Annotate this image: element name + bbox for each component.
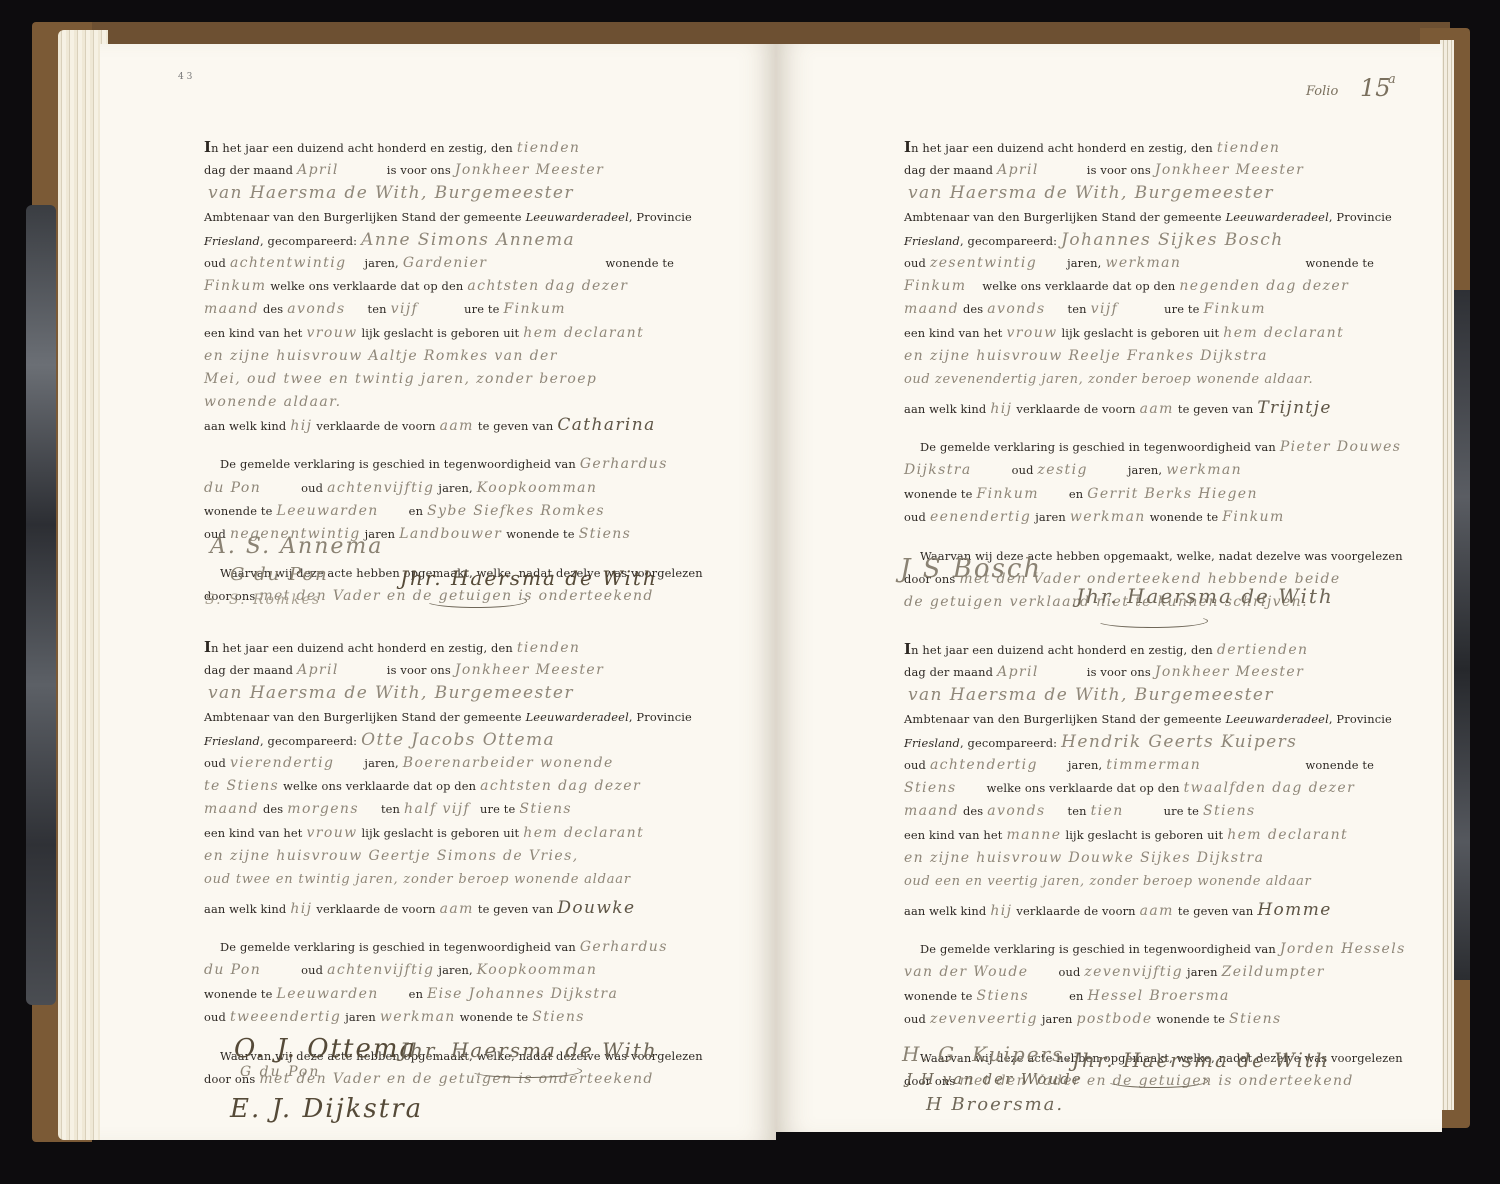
birthplace: Finkum — [504, 301, 566, 317]
signature-declarant: A. S. Annema — [210, 534, 383, 559]
printed-text: , gecompareerd: — [960, 736, 1057, 750]
printed-text: De gemelde verklaring is geschied in teg… — [220, 940, 576, 954]
marbled-endpaper-left — [26, 205, 56, 1005]
time-of-day: avonds — [987, 301, 1045, 317]
witness-1-age: achtenvijftig — [327, 480, 434, 496]
printed-text: jaren, — [364, 756, 398, 770]
birth-act-4: In het jaar een duizend acht honderd en … — [904, 638, 1374, 1093]
printed-text: verklaarde de voorn — [1016, 402, 1135, 416]
printed-date-line: n het jaar een duizend acht honderd en z… — [911, 643, 1213, 657]
printed-text: des — [963, 302, 983, 316]
handwritten-text: hij — [290, 901, 312, 917]
printed-text: , gecompareerd: — [960, 234, 1057, 248]
printed-text: ure te — [480, 802, 515, 816]
witness-1-residence: Leeuwarden — [277, 986, 379, 1002]
witness-1-occupation: Koopkoomman — [477, 962, 598, 978]
signature-witness-1: G du Pon — [240, 1064, 320, 1080]
printed-text: Ambtenaar van den Burgerlijken Stand der… — [204, 210, 522, 224]
act-day: tienden — [517, 140, 580, 156]
printed-text: wonende te — [460, 1010, 529, 1024]
child-sex: manne — [1006, 827, 1061, 843]
printed-text: , Provincie — [1329, 210, 1392, 224]
provincie-name: Friesland — [904, 736, 960, 750]
printed-text: De gemelde verklaring is geschied in teg… — [920, 942, 1276, 956]
birth-day: negenden dag dezer — [1179, 278, 1349, 294]
folio-number: 15 — [1360, 74, 1391, 102]
handwritten-text: maand — [204, 801, 259, 817]
signature-burgemeester: Jhr. Haersma de With — [400, 566, 658, 590]
witness-2-residence: Finkum — [1222, 509, 1284, 525]
printed-text: wonende te — [1306, 252, 1375, 275]
handwritten-text: hij — [990, 401, 1012, 417]
printed-text: aan welk kind — [904, 402, 986, 416]
witness-2-age: zevenveertig — [930, 1011, 1038, 1027]
handwritten-text: maand — [904, 301, 959, 317]
printed-text: oud — [301, 481, 323, 495]
signature-witness-2: S. S. Romkes — [205, 592, 321, 608]
witness-1-age: achtenvijftig — [327, 962, 434, 978]
witness-2-name: Eise Johannes Dijkstra — [427, 986, 618, 1002]
printed-text: Ambtenaar van den Burgerlijken Stand der… — [204, 710, 522, 724]
declarant-residence: Stiens — [904, 780, 957, 796]
declarant-occupation: Gardenier — [403, 255, 488, 271]
printed-text: jaren — [1035, 510, 1066, 524]
declarant-name: Hendrik Geerts Kuipers — [1061, 732, 1297, 752]
witness-2-occupation: postbode — [1076, 1011, 1152, 1027]
witness-2-age: tweeendertig — [230, 1009, 341, 1025]
printed-text: des — [263, 302, 283, 316]
printed-text: wonende te — [904, 487, 973, 501]
printed-text: jaren, — [1067, 256, 1101, 270]
printed-text: jaren, — [1128, 463, 1162, 477]
witness-2-occupation: werkman — [1070, 509, 1146, 525]
witness-2-age: eenendertig — [930, 509, 1031, 525]
signature-burgemeester: Jhr. Haersma de With — [1076, 584, 1334, 608]
witness-1-name: Dijkstra — [904, 462, 972, 478]
left-page: 4 3 In het jaar een duizend acht honderd… — [100, 44, 776, 1140]
printed-text: ure te — [464, 302, 499, 316]
printed-text: wonende te — [1157, 1012, 1226, 1026]
printed-text: welke ons verklaarde dat op den — [987, 781, 1180, 795]
act-month: April — [997, 162, 1039, 178]
birth-hour: vijf — [391, 301, 419, 317]
signature-witness-1: J H van der Woude — [906, 1070, 1082, 1088]
provincie-name: Friesland — [204, 734, 260, 748]
declarant-age: achtendertig — [930, 757, 1038, 773]
witness-1-residence: Leeuwarden — [277, 503, 379, 519]
official-title: Jonkheer Meester — [1155, 162, 1304, 178]
signature-flourish — [1096, 614, 1208, 628]
printed-text: jaren, — [438, 963, 472, 977]
signature-flourish — [1106, 1074, 1208, 1088]
printed-text: oud — [904, 1012, 926, 1026]
printed-text: is voor ons — [387, 163, 451, 177]
parents-text: Mei, oud twee en twintig jaren, zonder b… — [204, 371, 597, 387]
printed-text: te geven van — [1178, 904, 1253, 918]
printed-text: des — [963, 804, 983, 818]
handwritten-text: maand — [904, 803, 959, 819]
printed-text: oud — [904, 510, 926, 524]
witness-1-name: Jorden Hessels — [1280, 941, 1406, 957]
printed-text: is voor ons — [387, 663, 451, 677]
printed-text: aan welk kind — [204, 902, 286, 916]
printed-text: jaren — [345, 1010, 376, 1024]
printed-text: wonende te — [1150, 510, 1219, 524]
parents-text: wonende aldaar. — [204, 394, 342, 410]
printed-text: wonende te — [1306, 754, 1375, 777]
signature-burgemeester: Jhr. Haersma de With — [1072, 1048, 1330, 1072]
child-name: Douwke — [557, 898, 635, 918]
printed-text: , gecompareerd: — [260, 234, 357, 248]
official-title: Jonkheer Meester — [455, 662, 604, 678]
folio-suffix: a — [1388, 72, 1396, 87]
witness-2-residence: Stiens — [579, 526, 632, 542]
parents-text: hem declarant — [523, 825, 644, 841]
witness-1-age: zestig — [1038, 462, 1088, 478]
witness-2-residence: Stiens — [532, 1009, 585, 1025]
printed-text: De gemelde verklaring is geschied in teg… — [220, 457, 576, 471]
witness-1-name: du Pon — [204, 962, 261, 978]
printed-text: wonende te — [904, 989, 973, 1003]
parents-text: oud een en veertig jaren, zonder beroep … — [904, 874, 1311, 889]
printed-text: welke ons verklaarde dat op den — [283, 779, 476, 793]
witness-1-name: Pieter Douwes — [1280, 439, 1402, 455]
parents-text: oud zevenendertig jaren, zonder beroep w… — [904, 372, 1313, 387]
printed-text: lijk geslacht is geboren uit — [362, 826, 520, 840]
printed-text: jaren, — [438, 481, 472, 495]
official-title: Jonkheer Meester — [455, 162, 604, 178]
printed-text: Ambtenaar van den Burgerlijken Stand der… — [904, 210, 1222, 224]
printed-text: oud — [301, 963, 323, 977]
declarant-residence: Finkum — [904, 278, 966, 294]
act-day: tienden — [517, 640, 580, 656]
printed-date-line: n het jaar een duizend acht honderd en z… — [211, 641, 513, 655]
printed-text: oud — [204, 256, 226, 270]
printed-text: dag der maand — [204, 663, 293, 677]
printed-text: ten — [1068, 302, 1087, 316]
printed-text: wonende te — [506, 527, 575, 541]
birthplace: Finkum — [1204, 301, 1266, 317]
printed-text: , Provincie — [1329, 712, 1392, 726]
printed-text: verklaarde de voorn — [316, 419, 435, 433]
printed-text: te geven van — [1178, 402, 1253, 416]
act-day: tienden — [1217, 140, 1280, 156]
printed-text: ten — [381, 802, 400, 816]
parents-text: en zijne huisvrouw Geertje Simons de Vri… — [204, 848, 579, 864]
declarant-name: Anne Simons Annema — [361, 230, 575, 250]
printed-text: oud — [1058, 965, 1080, 979]
birth-hour: vijf — [1091, 301, 1119, 317]
child-name: Trijntje — [1257, 398, 1332, 418]
witness-2-name: Sybe Siefkes Romkes — [427, 503, 605, 519]
printed-text: is voor ons — [1087, 163, 1151, 177]
time-of-day: morgens — [287, 801, 359, 817]
declarant-occupation: timmerman — [1106, 757, 1201, 773]
child-sex: vrouw — [306, 325, 357, 341]
birth-day: achtsten dag dezer — [480, 778, 641, 794]
signature-witness-1: G du Pon — [230, 564, 329, 585]
printed-date-line: n het jaar een duizend acht honderd en z… — [911, 141, 1213, 155]
witness-1-occupation: werkman — [1166, 462, 1242, 478]
printed-text: , gecompareerd: — [260, 734, 357, 748]
printed-text: wonende te — [204, 987, 273, 1001]
official-name: van Haersma de With, Burgemeester — [208, 183, 574, 203]
witness-2-name: Gerrit Berks Hiegen — [1087, 486, 1258, 502]
birth-day: achtsten dag dezer — [467, 278, 628, 294]
witness-1-residence: Stiens — [977, 988, 1030, 1004]
printed-text: jaren, — [364, 256, 398, 270]
gemeente-name: Leeuwarderadeel — [1226, 712, 1329, 726]
printed-text: is voor ons — [1087, 665, 1151, 679]
witness-1-name: van der Woude — [904, 964, 1028, 980]
page-pencil-mark: 4 3 — [178, 72, 192, 82]
official-name: van Haersma de With, Burgemeester — [208, 683, 574, 703]
printed-text: oud — [904, 256, 926, 270]
printed-text: Ambtenaar van den Burgerlijken Stand der… — [904, 712, 1222, 726]
printed-text: en — [1069, 487, 1083, 501]
birthplace: Stiens — [519, 801, 572, 817]
folio-label: Folio — [1306, 84, 1338, 99]
printed-text: jaren — [1187, 965, 1218, 979]
birthplace: Stiens — [1203, 803, 1256, 819]
act-month: April — [997, 664, 1039, 680]
handwritten-text: aam — [1140, 903, 1174, 919]
official-name: van Haersma de With, Burgemeester — [908, 685, 1274, 705]
signature-declarant: J S Bosch — [900, 554, 1042, 584]
printed-text: lijk geslacht is geboren uit — [1065, 828, 1223, 842]
gemeente-name: Leeuwarderadeel — [526, 710, 629, 724]
printed-text: oud — [204, 756, 226, 770]
declarant-age: zesentwintig — [930, 255, 1037, 271]
witness-2-occupation: Landbouwer — [399, 526, 502, 542]
printed-text: een kind van het — [204, 326, 302, 340]
printed-text: een kind van het — [904, 326, 1002, 340]
act-day: dertienden — [1217, 642, 1309, 658]
handwritten-text: aam — [1140, 401, 1174, 417]
parents-text: hem declarant — [1227, 827, 1348, 843]
printed-text: te geven van — [478, 902, 553, 916]
provincie-name: Friesland — [904, 234, 960, 248]
birth-act-3: In het jaar een duizend acht honderd en … — [204, 636, 674, 1091]
declarant-occupation: Boerenarbeider wonende — [403, 755, 614, 771]
printed-text: dag der maand — [904, 163, 993, 177]
printed-text: en — [409, 987, 423, 1001]
printed-text: lijk geslacht is geboren uit — [1062, 326, 1220, 340]
printed-text: oud — [1012, 463, 1034, 477]
signature-burgemeester: Jhr. Haersma de With — [400, 1038, 658, 1062]
printed-text: aan welk kind — [204, 419, 286, 433]
witness-1-residence: Finkum — [977, 486, 1039, 502]
witness-2-residence: Stiens — [1229, 1011, 1282, 1027]
declarant-residence: te Stiens — [204, 778, 279, 794]
witness-1-age: zevenvijftig — [1084, 964, 1183, 980]
printed-text: jaren, — [1068, 758, 1102, 772]
signature-declarant: O. J. Ottema — [234, 1034, 417, 1064]
gemeente-name: Leeuwarderadeel — [1226, 210, 1329, 224]
printed-text: welke ons verklaarde dat op den — [270, 279, 463, 293]
official-title: Jonkheer Meester — [1155, 664, 1304, 680]
child-sex: vrouw — [1006, 325, 1057, 341]
printed-text: wonende te — [204, 504, 273, 518]
printed-text: verklaarde de voorn — [316, 902, 435, 916]
signature-declarant: H. G. Kuipers. — [902, 1042, 1073, 1066]
witness-1-name: Gerhardus — [580, 456, 668, 472]
parents-text: en zijne huisvrouw Aaltje Romkes van der — [204, 348, 558, 364]
printed-text: oud — [904, 758, 926, 772]
printed-text: ten — [368, 302, 387, 316]
act-month: April — [297, 662, 339, 678]
time-of-day: avonds — [287, 301, 345, 317]
right-page: Folio 15 a In het jaar een duizend acht … — [776, 44, 1442, 1132]
printed-text: welke ons verklaarde dat op den — [982, 279, 1175, 293]
printed-text: te geven van — [478, 419, 553, 433]
signature-witness-2: H Broersma. — [926, 1094, 1064, 1115]
signature-witness-2: E. J. Dijkstra — [230, 1094, 423, 1124]
handwritten-text: maand — [204, 301, 259, 317]
printed-text: dag der maand — [204, 163, 293, 177]
printed-text: een kind van het — [204, 826, 302, 840]
handwritten-text: hij — [290, 418, 312, 434]
declarant-age: achtentwintig — [230, 255, 347, 271]
declarant-name: Johannes Sijkes Bosch — [1061, 230, 1283, 250]
child-name: Homme — [1257, 900, 1331, 920]
printed-text: De gemelde verklaring is geschied in teg… — [920, 440, 1276, 454]
child-sex: vrouw — [306, 825, 357, 841]
act-month: April — [297, 162, 339, 178]
parents-text: en zijne huisvrouw Douwke Sijkes Dijkstr… — [904, 850, 1264, 866]
gemeente-name: Leeuwarderadeel — [526, 210, 629, 224]
official-name: van Haersma de With, Burgemeester — [908, 183, 1274, 203]
printed-text: en — [409, 504, 423, 518]
page-stack-right — [1440, 40, 1454, 1110]
birth-hour: tien — [1091, 803, 1124, 819]
child-name: Catharina — [557, 415, 655, 435]
handwritten-text: aam — [440, 418, 474, 434]
printed-text: oud — [204, 1010, 226, 1024]
parents-text: hem declarant — [523, 325, 644, 341]
parents-text: oud twee en twintig jaren, zonder beroep… — [204, 872, 631, 887]
printed-text: verklaarde de voorn — [1016, 904, 1135, 918]
witness-1-name: du Pon — [204, 480, 261, 496]
declarant-occupation: werkman — [1105, 255, 1181, 271]
parents-text: en zijne huisvrouw Reelje Frankes Dijkst… — [904, 348, 1268, 364]
birth-act-2: In het jaar een duizend acht honderd en … — [904, 136, 1374, 615]
printed-text: ure te — [1164, 804, 1199, 818]
birth-day: twaalfden dag dezer — [1184, 780, 1356, 796]
printed-text: aan welk kind — [904, 904, 986, 918]
parents-text: hem declarant — [1223, 325, 1344, 341]
birth-hour: half vijf — [404, 801, 470, 817]
declarant-residence: Finkum — [204, 278, 266, 294]
signature-flourish — [425, 594, 527, 608]
printed-text: jaren — [1042, 1012, 1073, 1026]
handwritten-text: hij — [990, 903, 1012, 919]
printed-text: een kind van het — [904, 828, 1002, 842]
printed-date-line: n het jaar een duizend acht honderd en z… — [211, 141, 513, 155]
witness-1-name: Gerhardus — [580, 939, 668, 955]
witness-1-occupation: Koopkoomman — [477, 480, 598, 496]
provincie-name: Friesland — [204, 234, 260, 248]
witness-1-occupation: Zeildumpter — [1222, 964, 1325, 980]
printed-text: dag der maand — [904, 665, 993, 679]
printed-text: ure te — [1164, 302, 1199, 316]
declarant-age: vierendertig — [230, 755, 334, 771]
declarant-name: Otte Jacobs Ottema — [361, 730, 555, 750]
signature-flourish — [470, 1064, 582, 1078]
printed-text: lijk geslacht is geboren uit — [362, 326, 520, 340]
printed-text: , Provincie — [629, 210, 692, 224]
printed-text: , Provincie — [629, 710, 692, 724]
handwritten-text: aam — [440, 901, 474, 917]
witness-2-occupation: werkman — [380, 1009, 456, 1025]
printed-text: en — [1069, 989, 1083, 1003]
printed-text: ten — [1068, 804, 1087, 818]
printed-text: wonende te — [606, 252, 675, 275]
witness-2-name: Hessel Broersma — [1087, 988, 1229, 1004]
printed-text: des — [263, 802, 283, 816]
time-of-day: avonds — [987, 803, 1045, 819]
